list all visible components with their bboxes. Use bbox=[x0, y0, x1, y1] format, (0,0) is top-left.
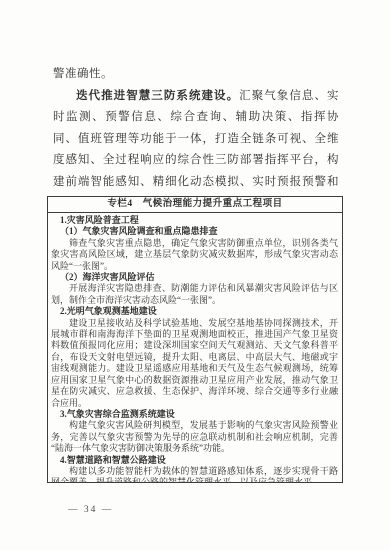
panel-section-heading-1-1: （1）气象灾害风险调查和重点隐患排查 bbox=[51, 226, 338, 237]
panel-box: 专栏4 气候治理能力提升重点工程项目 1.灾害风险普查工程 （1）气象灾害风险调… bbox=[47, 196, 343, 483]
panel-title: 专栏4 气候治理能力提升重点工程项目 bbox=[48, 197, 342, 213]
panel-paragraph: 构建以多功能智能杆为载体的智慧道路感知体系，逐步实现骨干路网全覆盖，提升道路和公… bbox=[51, 466, 338, 483]
panel-section-heading-1: 1.灾害风险普查工程 bbox=[51, 215, 338, 226]
panel-section-heading-2: 2.光明气象观测基地建设 bbox=[51, 306, 338, 317]
document-page: 警准确性。 迭代推进智慧三防系统建设。汇聚气象信息、实时监测、预警信息、综合查询… bbox=[0, 0, 390, 551]
panel-body: 1.灾害风险普查工程 （1）气象灾害风险调查和重点隐患排查 筛查气象灾害重点隐患… bbox=[48, 213, 342, 483]
panel-paragraph: 建设卫星接收站及科学试验基地、发展空基地基协同探测技术，开展城市群和南海海洋下垫… bbox=[51, 318, 338, 409]
panel-paragraph: 构建气象灾害风险研判模型，发展基于影响的气象灾害风险预警业务，完善以气象灾害预警… bbox=[51, 420, 338, 454]
page-number: — 34 — bbox=[68, 505, 113, 515]
panel-section-heading-1-2: （2）海洋灾害风险评估 bbox=[51, 272, 338, 283]
paragraph-tail-line: 警准确性。 bbox=[53, 64, 339, 86]
paragraph-lead-bold: 迭代推进智慧三防系统建设。 bbox=[76, 90, 239, 102]
panel-paragraph: 筛查气象灾害重点隐患，确定气象灾害防御重点单位，识别各类气象灾害高风险区域，建立… bbox=[51, 238, 338, 272]
panel-paragraph: 开展海洋灾害隐患排查、防潮能力评估和风暴潮灾害风险评估与区划，制作全市海洋灾害动… bbox=[51, 283, 338, 306]
panel-section-heading-4: 4.智慧道路和智慧公路建设 bbox=[51, 455, 338, 466]
panel-section-heading-3: 3.气象灾害综合监测系统建设 bbox=[51, 409, 338, 420]
